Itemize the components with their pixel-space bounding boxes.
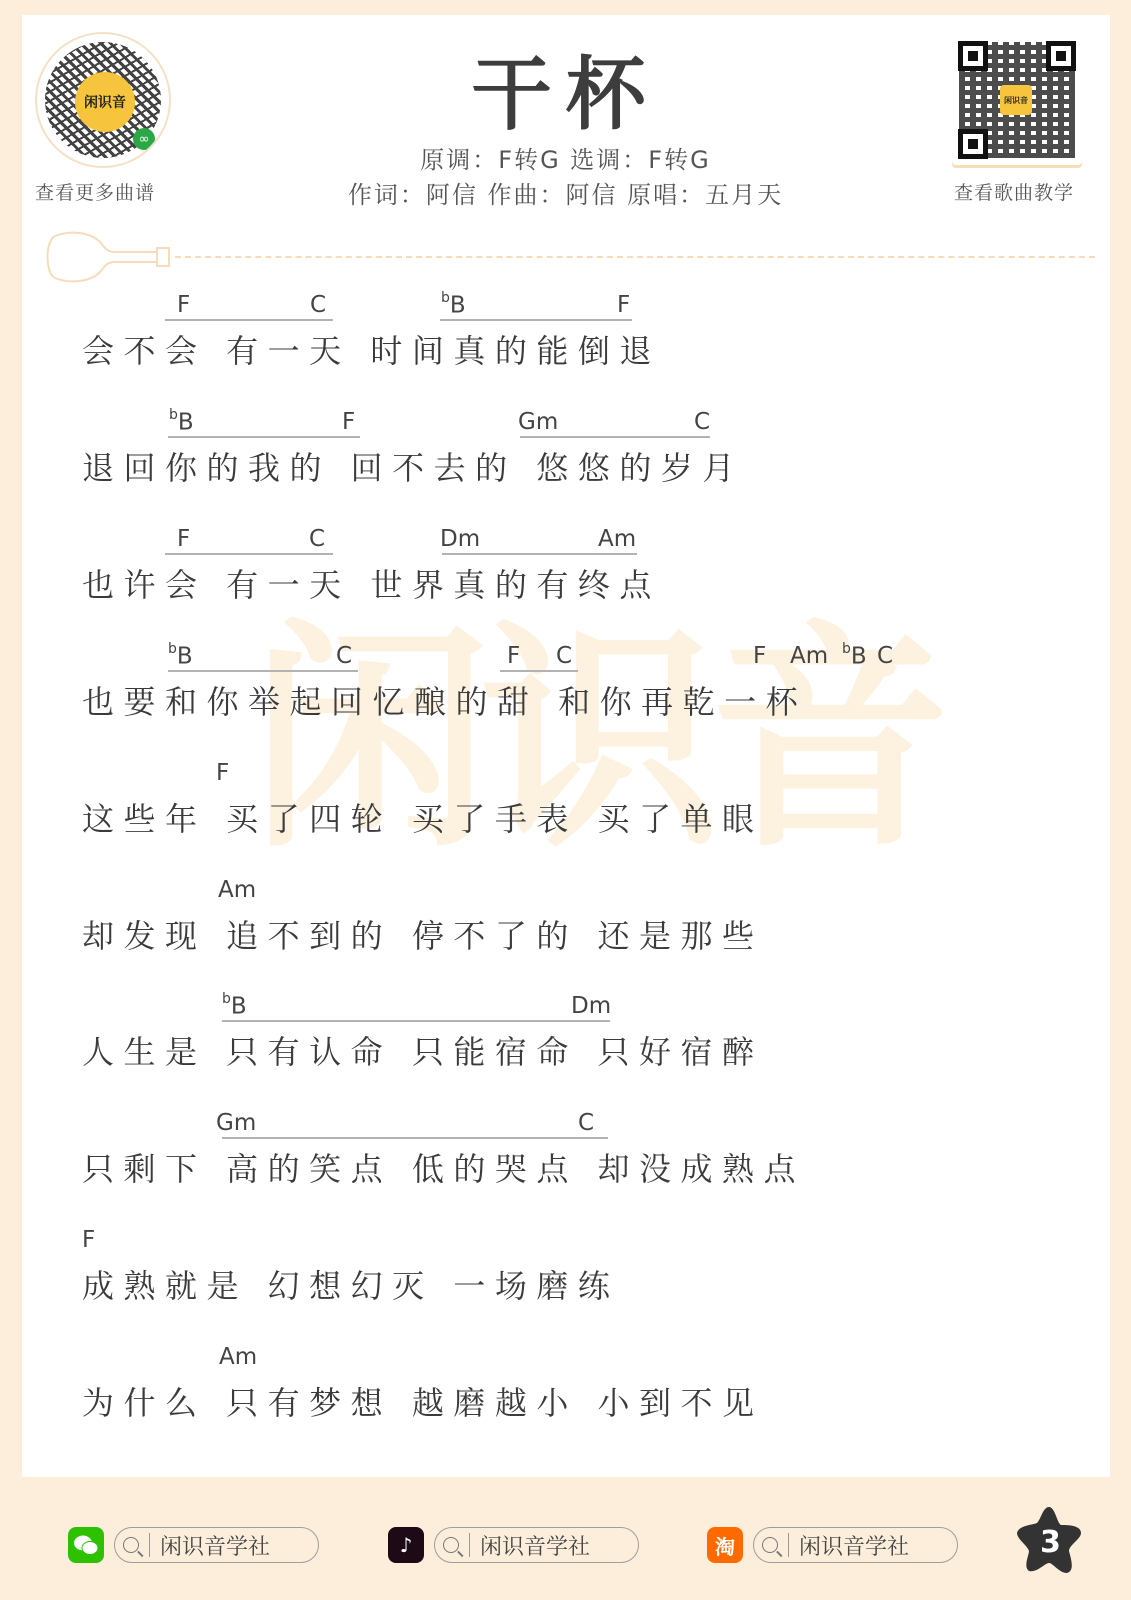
lyric-line: F成熟就是 幻想幻灭 一场磨练 [0,1227,1131,1307]
chord-label: Am [218,877,256,903]
chord-label: bB [169,409,194,436]
chord-label: Am [598,526,636,552]
lyric-line: bBFGmC退回你的我的 回不去的 悠悠的岁月 [0,409,1131,489]
divider [175,256,1095,258]
chord-label: C [694,409,710,435]
chord-duration-bar [520,436,710,438]
separator [788,1533,789,1557]
chord-label: C [578,1110,594,1136]
chord-name: F [82,1227,95,1253]
chord-label: C [556,643,572,669]
chord-duration-bar [442,553,637,555]
chord-name: Dm [571,993,611,1019]
lyric-line: GmC只剩下 高的笑点 低的哭点 却没成熟点 [0,1110,1131,1190]
chord-name: B [450,293,466,319]
chord-label: Am [790,643,828,669]
chord-duration-bar [165,553,333,555]
chord-name: F [753,643,766,669]
chord-duration-bar [500,670,578,672]
chord-name: B [177,644,193,670]
flat-symbol: b [169,407,178,423]
chord-duration-bar [165,319,333,321]
chord-label: F [753,643,766,669]
search-text: 闲识音学社 [799,1530,909,1561]
chord-name: C [578,1110,594,1136]
chord-name: F [177,292,190,318]
chord-name: C [694,409,710,435]
chord-name: Am [598,526,636,552]
guitar-icon [45,228,175,288]
chord-name: B [231,994,247,1020]
search-icon [123,1537,139,1553]
chord-name: F [177,526,190,552]
lyric-text: 退回你的我的 回不去的 悠悠的岁月 [82,443,744,489]
search-pill[interactable]: 闲识音学社 [434,1527,639,1563]
chord-name: Dm [440,526,480,552]
chord-label: bB [222,993,247,1020]
douyin-icon: ♪ [388,1527,424,1563]
lyric-line: Am却发现 追不到的 停不了的 还是那些 [0,877,1131,957]
chord-name: C [336,643,352,669]
chord-label: bB [168,643,193,670]
flat-symbol: b [168,641,177,657]
chord-name: Am [790,643,828,669]
chord-name: F [617,292,630,318]
social-search-douyin[interactable]: ♪闲识音学社 [388,1527,639,1563]
chord-label: F [82,1227,95,1253]
lyric-text: 这些年 买了四轮 买了手表 买了单眼 [82,794,764,840]
lyric-line: FCDmAm也许会 有一天 世界真的有终点 [0,526,1131,606]
chord-name: B [851,644,867,670]
search-text: 闲识音学社 [480,1530,590,1561]
chord-duration-bar [440,319,632,321]
chord-label: F [507,643,520,669]
wechat-icon [68,1527,104,1563]
chord-label: Am [219,1344,257,1370]
chord-label: F [177,526,190,552]
qr-logo: 闲识音 [1000,85,1032,115]
search-pill[interactable]: 闲识音学社 [114,1527,319,1563]
social-search-wechat[interactable]: 闲识音学社 [68,1527,319,1563]
chord-name: Gm [216,1110,256,1136]
chord-label: Gm [216,1110,256,1136]
chord-name: F [216,760,229,786]
separator [149,1533,150,1557]
chord-label: C [877,643,893,669]
flat-symbol: b [222,991,231,1007]
lyric-line: bBCFCFAmbBC也要和你举起回忆酿的甜 和你再乾一杯 [0,643,1131,723]
wechat-qr-code[interactable]: 闲识音 [952,35,1082,165]
search-icon [762,1537,778,1553]
chord-label: F [177,292,190,318]
chord-duration-bar [222,1137,608,1139]
lyric-text: 为什么 只有梦想 越磨越小 小到不见 [82,1378,764,1424]
chord-label: Dm [440,526,480,552]
chord-label: F [342,409,355,435]
star-badge-icon: 3 [1015,1505,1083,1575]
chord-name: C [309,526,325,552]
chord-name: Gm [518,409,558,435]
search-icon [443,1537,459,1553]
lyric-line: F这些年 买了四轮 买了手表 买了单眼 [0,760,1131,840]
chord-name: Am [219,1344,257,1370]
chord-label: bB [441,292,466,319]
flat-symbol: b [842,641,851,657]
search-pill[interactable]: 闲识音学社 [753,1527,958,1563]
chord-label: F [216,760,229,786]
chord-name: F [507,643,520,669]
chord-label: bB [842,643,867,670]
chord-label: C [309,526,325,552]
lyric-line: Am为什么 只有梦想 越磨越小 小到不见 [0,1344,1131,1424]
chord-name: C [556,643,572,669]
chord-duration-bar [168,436,360,438]
chord-name: C [310,292,326,318]
chord-label: Gm [518,409,558,435]
chord-label: F [617,292,630,318]
chord-label: Dm [571,993,611,1019]
lyric-text: 会不会 有一天 时间真的能倒退 [82,326,661,372]
social-search-taobao[interactable]: 淘闲识音学社 [707,1527,958,1563]
search-text: 闲识音学社 [160,1530,270,1561]
flat-symbol: b [441,290,450,306]
chord-name: Am [218,877,256,903]
chord-duration-bar [168,670,358,672]
chord-label: C [336,643,352,669]
lyric-text: 却发现 追不到的 停不了的 还是那些 [82,911,764,957]
right-qr-caption: 查看歌曲教学 [954,178,1074,205]
lyric-line: bBDm人生是 只有认命 只能宿命 只好宿醉 [0,993,1131,1073]
taobao-icon: 淘 [707,1527,743,1563]
lyric-text: 只剩下 高的笑点 低的哭点 却没成熟点 [82,1144,805,1190]
chord-label: C [310,292,326,318]
chord-duration-bar [222,1020,610,1022]
chord-name: F [342,409,355,435]
lyric-text: 人生是 只有认命 只能宿命 只好宿醉 [82,1027,764,1073]
lyric-line: FCbBF会不会 有一天 时间真的能倒退 [0,292,1131,372]
lyric-text: 也许会 有一天 世界真的有终点 [82,560,661,606]
svg-text:3: 3 [1040,1525,1061,1560]
separator [469,1533,470,1557]
chord-name: B [178,410,194,436]
chord-name: C [877,643,893,669]
lyric-text: 也要和你举起回忆酿的甜 和你再乾一杯 [82,677,807,723]
lyric-text: 成熟就是 幻想幻灭 一场磨练 [82,1261,619,1307]
